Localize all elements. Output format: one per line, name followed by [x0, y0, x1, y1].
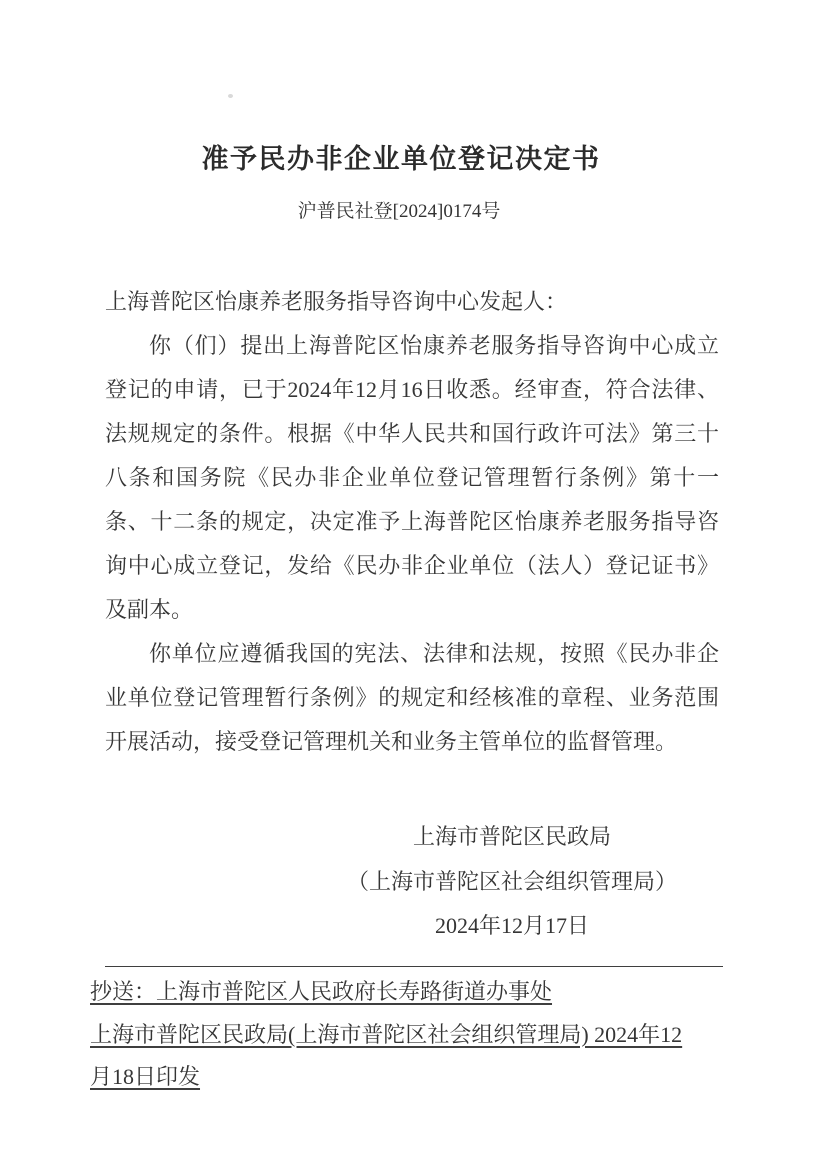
issuance-info-line-1: 上海市普陀区民政局(上海市普陀区社会组织管理局) 2024年12	[90, 1014, 732, 1057]
salutation-line: 上海普陀区怡康养老服务指导咨询中心发起人：	[105, 280, 719, 324]
scan-artifact-dot	[228, 94, 233, 98]
issue-date: 2024年12月17日	[285, 904, 739, 949]
document-page: 准予民办非企业单位登记决定书 沪普民社登[2024]0174号 上海普陀区怡康养…	[0, 0, 826, 1168]
body-paragraph-2: 你单位应遵循我国的宪法、法律和法规，按照《民办非企业单位登记管理暂行条例》的规定…	[105, 632, 719, 764]
body-paragraph-1: 你（们）提出上海普陀区怡康养老服务指导咨询中心成立登记的申请，已于2024年12…	[105, 324, 719, 632]
footer-block: 抄送：上海市普陀区人民政府长寿路街道办事处 上海市普陀区民政局(上海市普陀区社会…	[90, 971, 732, 1099]
document-title: 准予民办非企业单位登记决定书	[0, 141, 802, 177]
footer-divider-line	[105, 966, 723, 967]
document-body: 上海普陀区怡康养老服务指导咨询中心发起人： 你（们）提出上海普陀区怡康养老服务指…	[105, 280, 719, 764]
cc-recipients-line: 抄送：上海市普陀区人民政府长寿路街道办事处	[90, 971, 732, 1014]
issuing-authority-alias: （上海市普陀区社会组织管理局）	[285, 860, 739, 905]
signature-block: 上海市普陀区民政局 （上海市普陀区社会组织管理局） 2024年12月17日	[285, 815, 739, 949]
issuing-authority: 上海市普陀区民政局	[285, 815, 739, 860]
document-number: 沪普民社登[2024]0174号	[0, 197, 798, 227]
issuance-info-line-2: 月18日印发	[90, 1056, 732, 1099]
